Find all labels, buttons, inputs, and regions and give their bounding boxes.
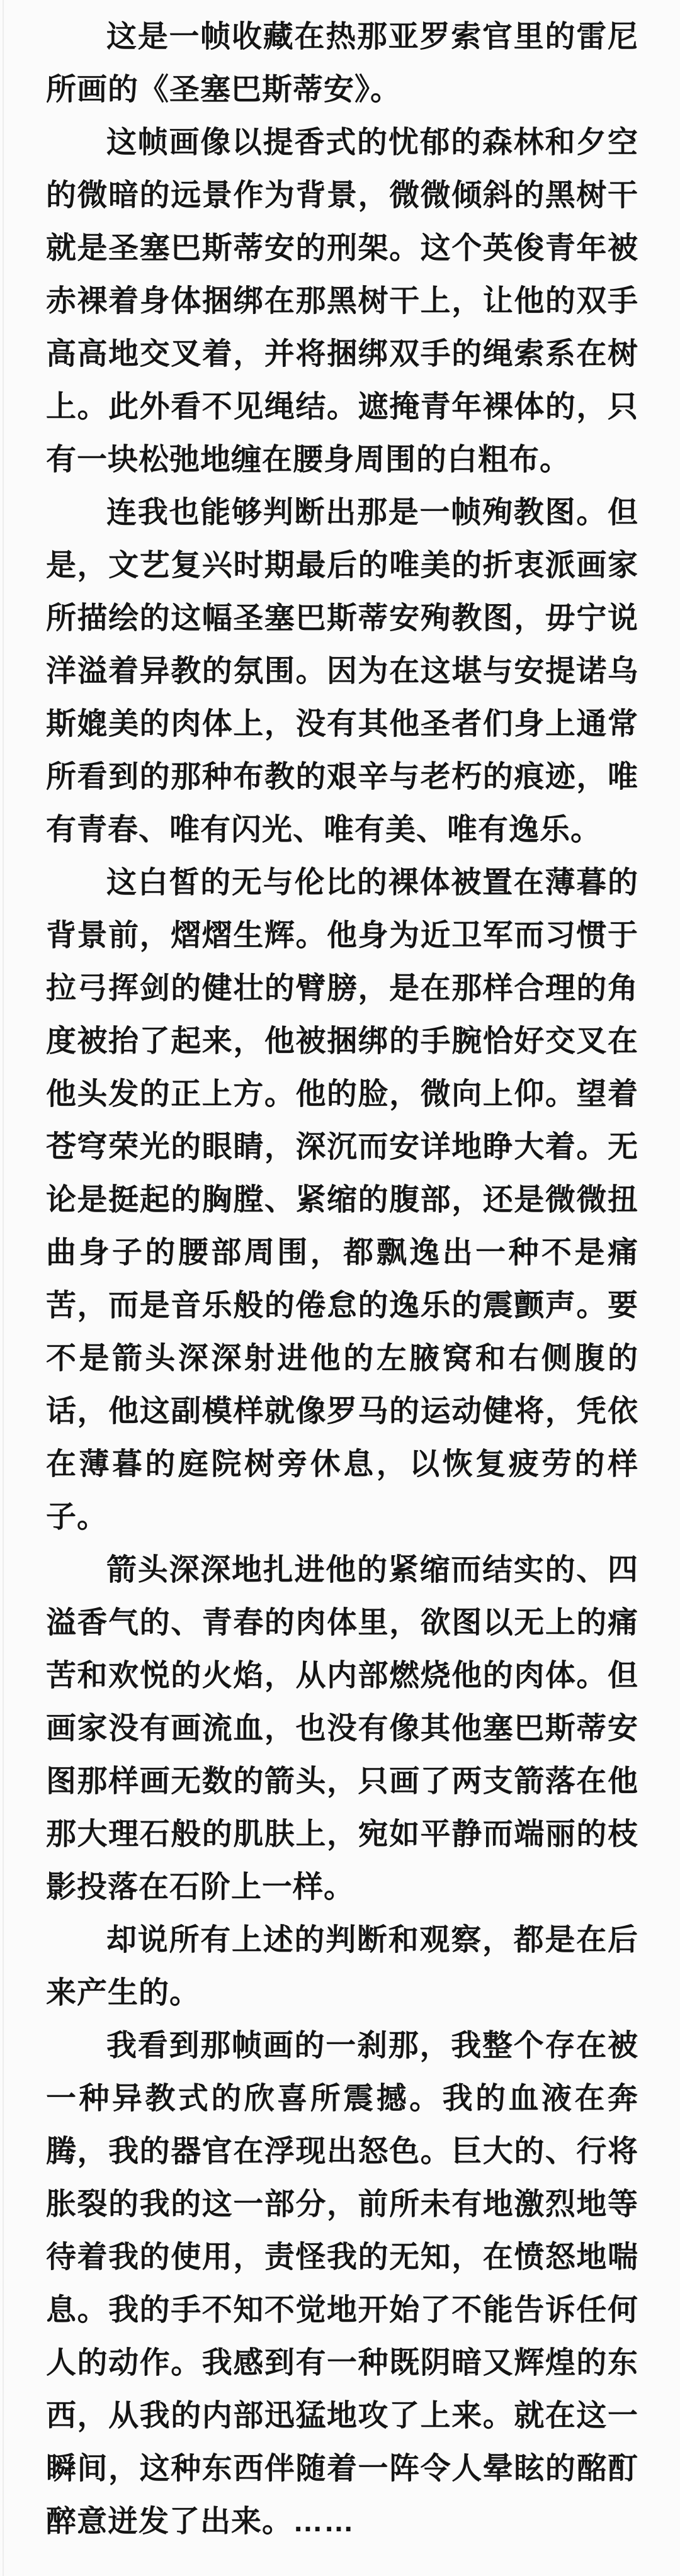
paragraph-6: 却说所有上述的判断和观察，都是在后来产生的。 — [46, 1914, 638, 2020]
document-page: 这是一帧收藏在热那亚罗索官里的雷尼所画的《圣塞巴斯蒂安》。 这帧画像以提香式的忧… — [0, 0, 680, 2576]
paragraph-4: 这白皙的无与伦比的裸体被置在薄暮的背景前，熠熠生辉。他身为近卫军而习惯于拉弓挥剑… — [46, 857, 638, 1544]
paragraph-3: 连我也能够判断出那是一帧殉教图。但是，文艺复兴时期最后的唯美的折衷派画家所描绘的… — [46, 487, 638, 857]
paragraph-1: 这是一帧收藏在热那亚罗索官里的雷尼所画的《圣塞巴斯蒂安》。 — [46, 11, 638, 116]
paragraph-5: 箭头深深地扎进他的紧缩而结实的、四溢香气的、青春的肉体里，欲图以无上的痛苦和欢悦… — [46, 1544, 638, 1914]
paragraph-7: 我看到那帧画的一刹那，我整个存在被一种异教式的欣喜所震撼。我的血液在奔腾，我的器… — [46, 2020, 638, 2548]
page-edge-line — [3, 0, 4, 2576]
paragraph-2: 这帧画像以提香式的忧郁的森林和夕空的微暗的远景作为背景，微微倾斜的黑树干就是圣塞… — [46, 116, 638, 487]
